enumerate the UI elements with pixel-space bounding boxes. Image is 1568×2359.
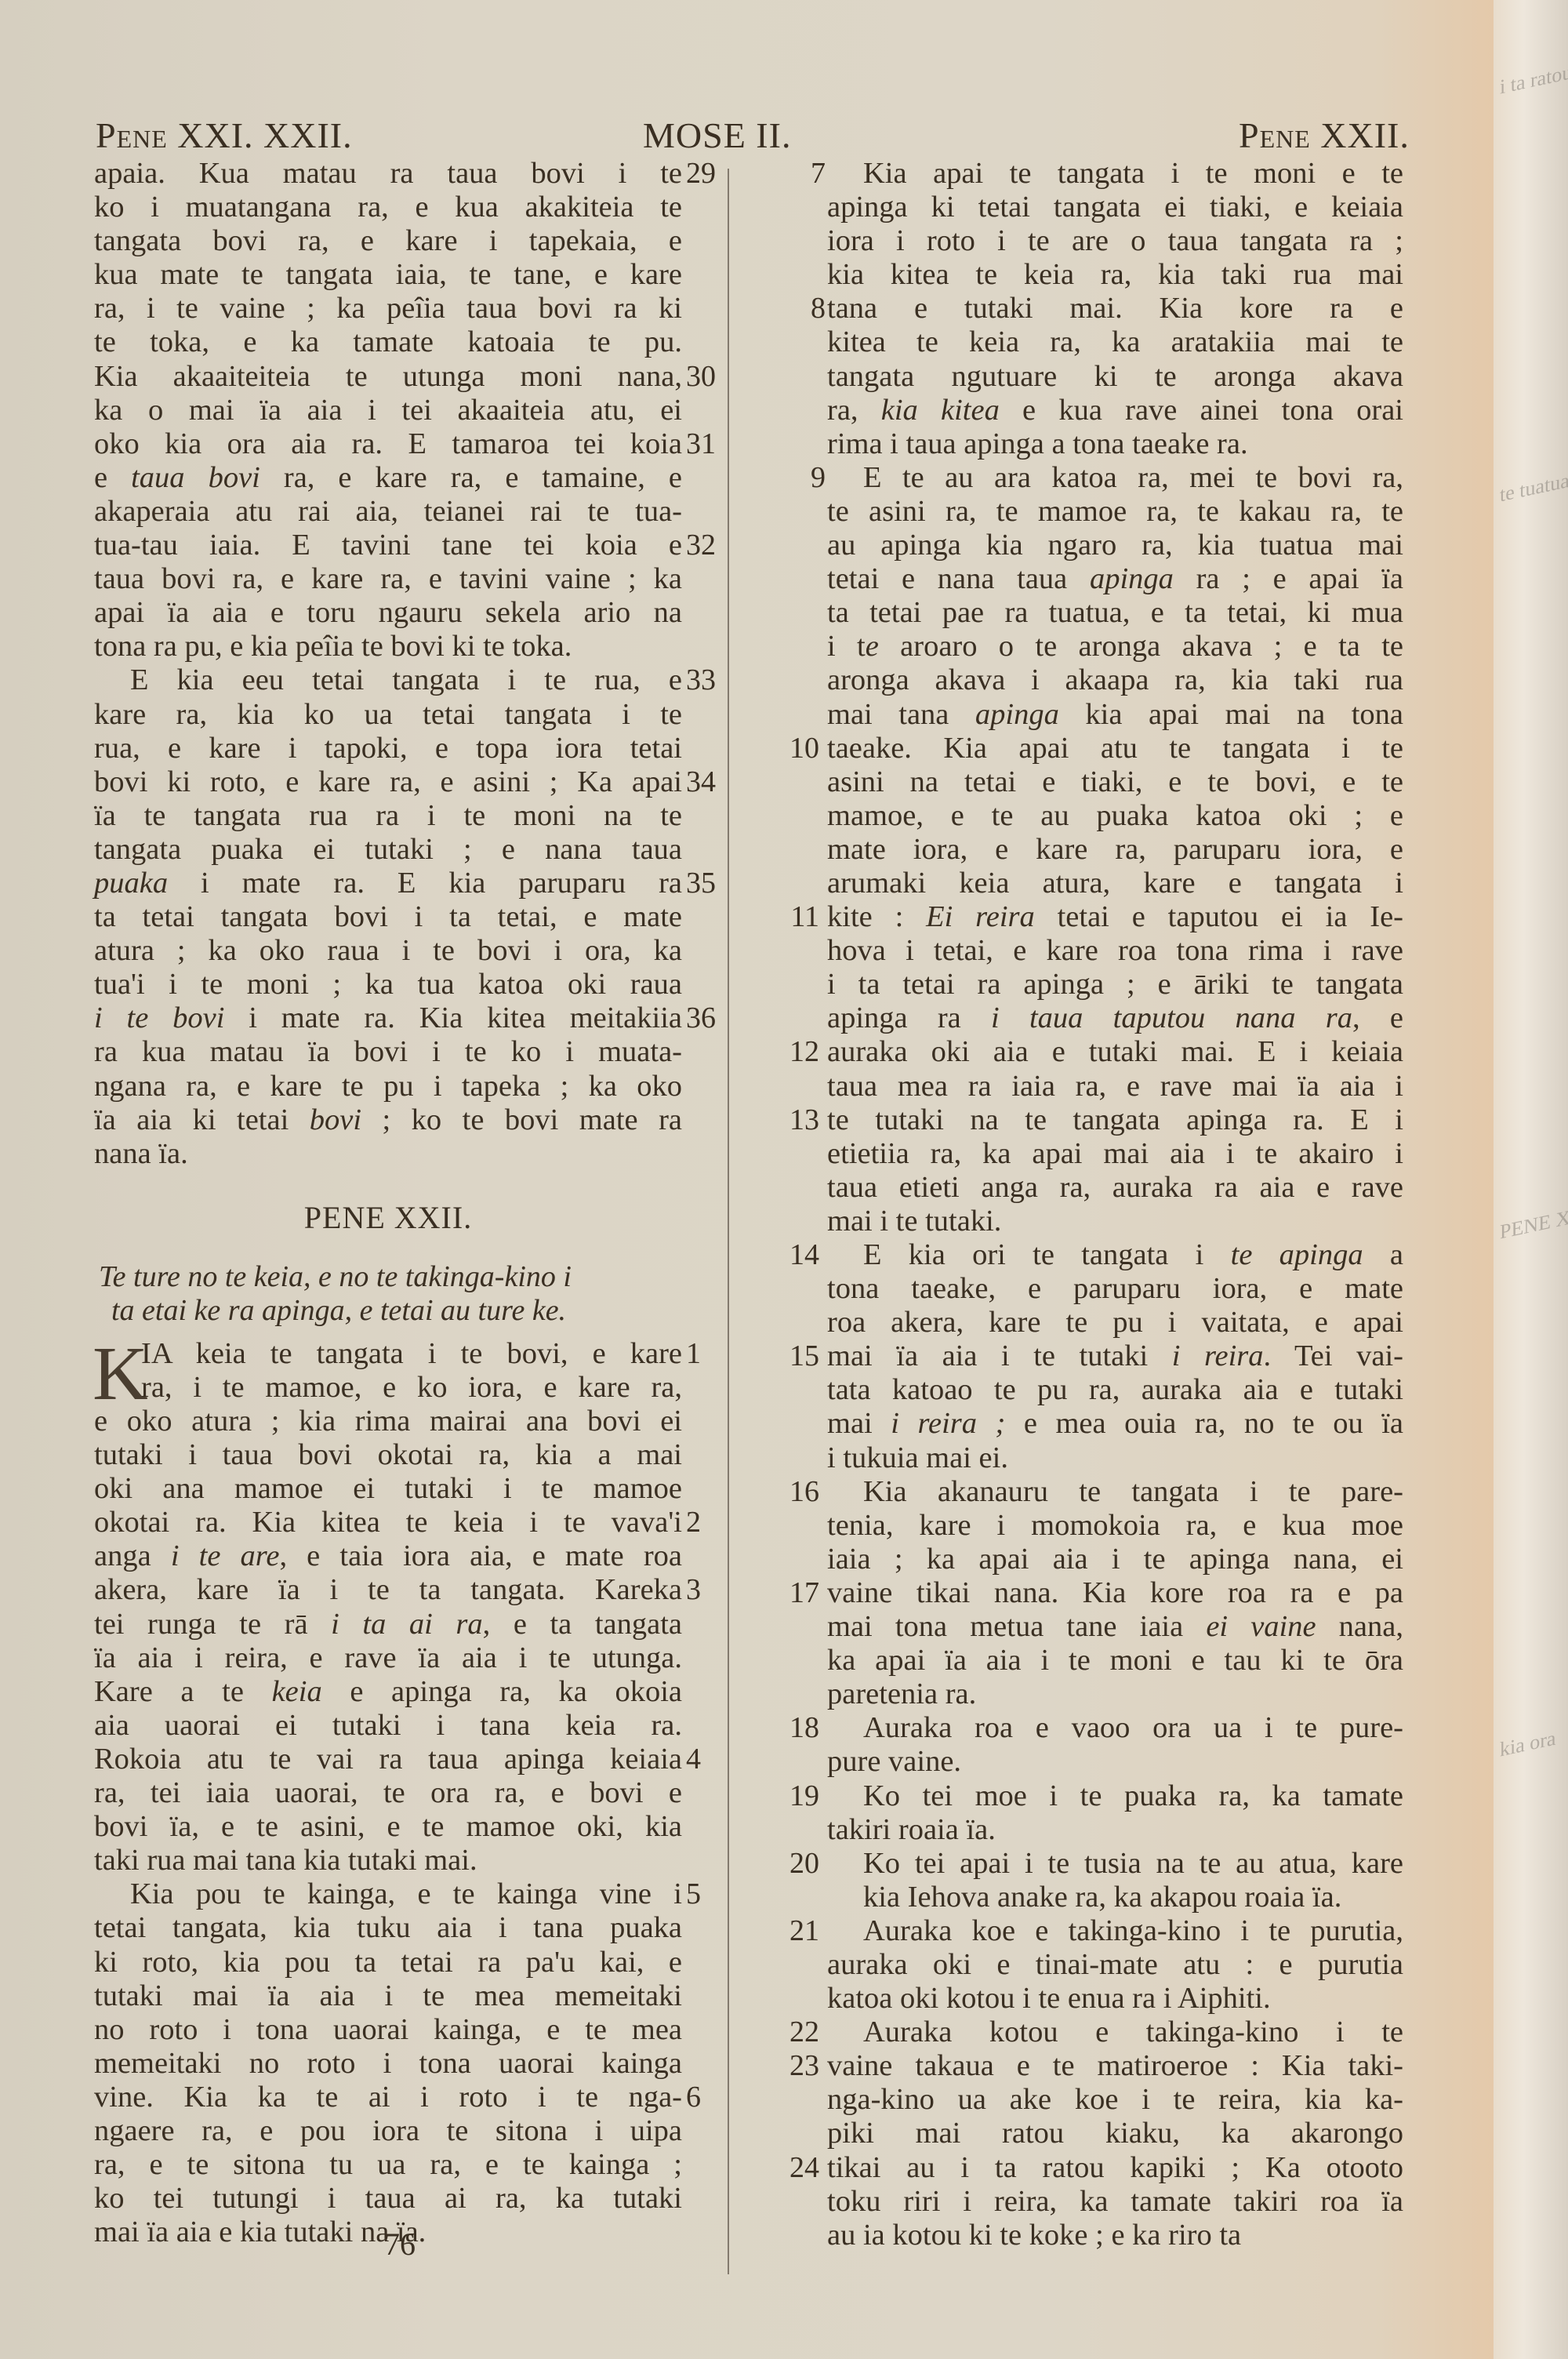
verse-number: 1 xyxy=(686,1337,701,1371)
text-line: aia uaorai ei tutaki i tana keia ra. xyxy=(94,1709,713,1743)
text-line: Kia akaaiteiteia te utunga moni nana,30 xyxy=(94,360,713,394)
line-text: Ko tei apai i te tusia na te au atua, ka… xyxy=(827,1847,1403,1881)
left-column: apaia. Kua matau ra taua bovi i te29ko i… xyxy=(94,157,713,2249)
text-line: rua, e kare i tapoki, e topa iora tetai xyxy=(94,732,713,765)
line-text: okotai ra. Kia kitea te keia i te vava'i xyxy=(94,1506,682,1539)
line-text: Auraka roa e vaoo ora ua i te pure- xyxy=(827,1711,1403,1745)
facing-page-edge: i ta ratou te tuatua PENE XXII kia ora xyxy=(1494,0,1568,2359)
text-line: tona taeake, e paruparu iora, e mate xyxy=(780,1272,1360,1306)
line-text: akaperaia atu rai aia, teianei rai te tu… xyxy=(94,495,682,529)
verse-number: 9 xyxy=(763,461,826,495)
italic-emphasis: i reira ; xyxy=(891,1407,1005,1440)
left-column-text-after-chapter: IA keia te tangata i te bovi, e kare1ra,… xyxy=(94,1337,713,2250)
line-text: ra, kia kitea e kua rave ainei tona orai xyxy=(827,394,1403,427)
verse-number: 11 xyxy=(757,900,819,934)
line-text: taua etieti anga ra, auraka ra aia e rav… xyxy=(827,1171,1403,1205)
line-text: Kia akanauru te tangata i te pare- xyxy=(827,1475,1403,1509)
line-text: oki ana mamoe ei tutaki i te mamoe xyxy=(94,1472,682,1506)
verse-number: 35 xyxy=(686,867,716,900)
line-text: kite : Ei reira tetai e taputou ei ia Ie… xyxy=(827,900,1403,934)
line-text: ko i muatangana ra, e kua akakiteia te xyxy=(94,191,682,224)
facing-page-bleed-text: te tuatua xyxy=(1500,463,1568,512)
line-text: apinga ra i taua taputou nana ra, e xyxy=(827,1001,1403,1035)
text-line: tikai au i ta ratou kapiki ; Ka otooto24 xyxy=(780,2151,1360,2185)
line-text: memeitaki no roto i tona uaorai kainga xyxy=(94,2047,682,2081)
line-text: Rokoia atu te vai ra taua apinga keiaia xyxy=(94,1743,682,1776)
line-text: kia kitea te keia ra, kia taki rua mai xyxy=(827,258,1403,292)
text-line: puaka i mate ra. E kia paruparu ra35 xyxy=(94,867,713,900)
text-line: vine. Kia ka te ai i roto i te nga-6 xyxy=(94,2081,713,2114)
verse-number: 30 xyxy=(686,360,716,394)
text-line: no roto i tona uaorai kainga, e te mea xyxy=(94,2013,713,2047)
italic-emphasis: taua bovi xyxy=(131,461,260,494)
chapter-opening: K IA keia te tangata i te bovi, e kare1r… xyxy=(94,1337,713,2250)
text-line: katoa oki kotou i te enua ra i Aiphiti. xyxy=(780,1982,1360,2016)
text-line: Ko tei moe i te puaka ra, ka tamate19 xyxy=(780,1779,1360,1813)
text-line: Rokoia atu te vai ra taua apinga keiaia4 xyxy=(94,1743,713,1776)
facing-page-bleed-text: i ta ratou xyxy=(1500,55,1568,104)
text-line: ra, tei iaia uaorai, te ora ra, e bovi e xyxy=(94,1776,713,1810)
line-text: au apinga kia ngaro ra, kia tuatua mai xyxy=(827,529,1403,562)
line-text: au ia kotou ki te koke ; e ka riro ta xyxy=(827,2219,1403,2252)
line-text: akera, kare ïa i te ta tangata. Kareka xyxy=(94,1573,682,1607)
italic-emphasis: ei vaine xyxy=(1206,1610,1316,1643)
text-line: tata katoao te pu ra, auraka aia e tutak… xyxy=(780,1373,1360,1407)
text-line: tangata ngutuare ki te aronga akava xyxy=(780,360,1360,394)
italic-emphasis: i te are xyxy=(171,1539,280,1572)
line-text: apaia. Kua matau ra taua bovi i te xyxy=(94,157,682,191)
running-head-center: MOSE II. xyxy=(643,114,791,156)
text-line: tei runga te rā i ta ai ra, e ta tangata xyxy=(94,1608,713,1641)
line-text: ra, e te sitona tu ua ra, e te kainga ; xyxy=(94,2148,682,2182)
text-line: vaine tikai nana. Kia kore roa ra e pa17 xyxy=(780,1576,1360,1610)
text-line: tua'i i te moni ; ka tua katoa oki raua xyxy=(94,968,713,1001)
right-column-text: Kia apai te tangata i te moni e te7aping… xyxy=(780,157,1360,2252)
verse-number: 8 xyxy=(763,292,826,325)
text-line: ko i muatangana ra, e kua akakiteia te xyxy=(94,191,713,224)
line-text: mai tana apinga kia apai mai na tona xyxy=(827,698,1403,732)
verse-number: 18 xyxy=(757,1711,819,1745)
line-text: aronga akava i akaapa ra, kia taki rua xyxy=(827,663,1403,697)
text-line: Kia apai te tangata i te moni e te7 xyxy=(780,157,1360,191)
text-line: ra kua matau ïa bovi i te ko i muata- xyxy=(94,1035,713,1069)
line-text: i ta tetai ra apinga ; e āriki te tangat… xyxy=(827,968,1403,1001)
verse-number: 10 xyxy=(757,732,819,765)
text-line: tana e tutaki mai. Kia kore ra e8 xyxy=(780,292,1360,325)
line-text: ta tetai tangata bovi i ta tetai, e mate xyxy=(94,900,682,934)
line-text: taua bovi ra, e kare ra, e tavini vaine … xyxy=(94,562,682,596)
verse-number: 23 xyxy=(757,2049,819,2083)
line-text: tutaki mai ïa aia i te mea memeitaki xyxy=(94,1979,682,2013)
line-text: piki mai ratou kiaku, ka akarongo xyxy=(827,2117,1403,2150)
text-line: Auraka kotou e takinga-kino i te22 xyxy=(780,2016,1360,2049)
text-line: akera, kare ïa i te ta tangata. Kareka3 xyxy=(94,1573,713,1607)
line-text: ra, i te vaine ; ka peîia taua bovi ra k… xyxy=(94,292,682,325)
text-line: kite : Ei reira tetai e taputou ei ia Ie… xyxy=(780,900,1360,934)
verse-number: 2 xyxy=(686,1506,701,1539)
text-line: ta tetai tangata bovi i ta tetai, e mate xyxy=(94,900,713,934)
line-text: taeake. Kia apai atu te tangata i te xyxy=(827,732,1403,765)
line-text: oko kia ora aia ra. E tamaroa tei koia xyxy=(94,427,682,461)
line-text: vaine takaua e te matiroeroe : Kia taki- xyxy=(827,2049,1403,2083)
facing-page-bleed-text: PENE XXII xyxy=(1500,1200,1568,1249)
text-line: piki mai ratou kiaku, ka akarongo xyxy=(780,2117,1360,2150)
text-line: iora i roto i te are o taua tangata ra ; xyxy=(780,224,1360,258)
text-line: i ta tetai ra apinga ; e āriki te tangat… xyxy=(780,968,1360,1001)
line-text: paretenia ra. xyxy=(827,1677,1403,1711)
verse-number: 16 xyxy=(757,1475,819,1509)
left-column-text-before-chapter: apaia. Kua matau ra taua bovi i te29ko i… xyxy=(94,157,713,1171)
text-line: ka apai ïa aia i te moni e tau ki te ōra xyxy=(780,1644,1360,1677)
text-line: ïa aia ki tetai bovi ; ko te bovi mate r… xyxy=(94,1103,713,1137)
line-text: ra kua matau ïa bovi i te ko i muata- xyxy=(94,1035,682,1069)
italic-emphasis: puaka xyxy=(94,867,168,900)
line-text: tikai au i ta ratou kapiki ; Ka otooto xyxy=(827,2151,1403,2185)
line-text: rua, e kare i tapoki, e topa iora tetai xyxy=(94,732,682,765)
book-page: Pene XXI. XXII. MOSE II. Pene XXII. apai… xyxy=(0,0,1494,2359)
text-line: ra, i te mamoe, e ko iora, e kare ra, xyxy=(94,1371,713,1405)
line-text: Kare a te keia e apinga ra, ka okoia xyxy=(94,1675,682,1709)
line-text: tua-tau iaia. E tavini tane tei koia e xyxy=(94,529,682,562)
line-text: roa akera, kare te pu i vaitata, e apai xyxy=(827,1306,1403,1339)
line-text: apai ïa aia e toru ngauru sekela ario na xyxy=(94,596,682,630)
line-text: Kia pou te kainga, e te kainga vine i xyxy=(94,1877,682,1911)
running-head-left: Pene XXI. XXII. xyxy=(96,114,353,156)
text-line: ta tetai pae ra tuatua, e ta tetai, ki m… xyxy=(780,596,1360,630)
line-text: ïa aia i reira, e rave ïa aia i te utung… xyxy=(94,1641,682,1675)
verse-number: 3 xyxy=(686,1573,701,1607)
italic-emphasis: apinga xyxy=(975,698,1059,731)
text-line: kia Iehova anake ra, ka akapou roaia ïa. xyxy=(780,1881,1360,1914)
verse-number: 13 xyxy=(757,1103,819,1137)
text-line: oki ana mamoe ei tutaki i te mamoe xyxy=(94,1472,713,1506)
line-text: tenia, kare i momokoia ra, e kua moe xyxy=(827,1509,1403,1543)
line-text: mamoe, e te au puaka katoa oki ; e xyxy=(827,799,1403,833)
text-line: taua bovi ra, e kare ra, e tavini vaine … xyxy=(94,562,713,596)
text-line: etietiia ra, ka apai mai aia i te akairo… xyxy=(780,1137,1360,1171)
text-line: tenia, kare i momokoia ra, e kua moe xyxy=(780,1509,1360,1543)
line-text: ka apai ïa aia i te moni e tau ki te ōra xyxy=(827,1644,1403,1677)
text-line: roa akera, kare te pu i vaitata, e apai xyxy=(780,1306,1360,1339)
line-text: i tukuia mai ei. xyxy=(827,1441,1403,1475)
line-text: ngaere ra, e pou iora te sitona i uipa xyxy=(94,2114,682,2148)
verse-number: 29 xyxy=(686,157,716,191)
line-text: auraka oki aia e tutaki mai. E i keiaia xyxy=(827,1035,1403,1069)
text-line: nana ïa. xyxy=(94,1137,713,1171)
line-text: auraka oki e tinai-mate atu : e purutia xyxy=(827,1948,1403,1982)
text-line: rima i taua apinga a tona taeake ra. xyxy=(780,427,1360,461)
text-line: ko tei tutungi i taua ai ra, ka tutaki xyxy=(94,2182,713,2215)
text-line: anga i te are, e taia iora aia, e mate r… xyxy=(94,1539,713,1573)
line-text: nga-kino ua ake koe i te reira, kia ka- xyxy=(827,2083,1403,2117)
line-text: ta tetai pae ra tuatua, e ta tetai, ki m… xyxy=(827,596,1403,630)
text-line: ngaere ra, e pou iora te sitona i uipa xyxy=(94,2114,713,2148)
text-line: mai ïa aia i te tutaki i reira. Tei vai-… xyxy=(780,1339,1360,1373)
line-text: anga i te are, e taia iora aia, e mate r… xyxy=(94,1539,682,1573)
line-text: ra, tei iaia uaorai, te ora ra, e bovi e xyxy=(94,1776,682,1810)
line-text: vaine tikai nana. Kia kore roa ra e pa xyxy=(827,1576,1403,1610)
line-text: Kia apai te tangata i te moni e te xyxy=(827,157,1403,191)
text-line: paretenia ra. xyxy=(780,1677,1360,1711)
line-text: E kia eeu tetai tangata i te rua, e xyxy=(94,663,682,697)
right-column: Kia apai te tangata i te moni e te7aping… xyxy=(780,157,1360,2252)
italic-emphasis: keia xyxy=(272,1675,322,1708)
line-text: tangata bovi ra, e kare i tapekaia, e xyxy=(94,224,682,258)
text-line: pure vaine. xyxy=(780,1745,1360,1779)
italic-emphasis: i reira xyxy=(1172,1339,1264,1372)
line-text: tetai tangata, kia tuku aia i tana puaka xyxy=(94,1911,682,1945)
line-text: tona taeake, e paruparu iora, e mate xyxy=(827,1272,1403,1306)
line-text: mate iora, e kare ra, paruparu iora, e xyxy=(827,833,1403,867)
italic-emphasis: i ta ai ra xyxy=(331,1608,483,1641)
line-text: taua mea ra iaia ra, e rave mai ïa aia i xyxy=(827,1070,1403,1103)
verse-number: 14 xyxy=(757,1238,819,1272)
text-line: Ko tei apai i te tusia na te au atua, ka… xyxy=(780,1847,1360,1881)
text-line: ra, kia kitea e kua rave ainei tona orai xyxy=(780,394,1360,427)
line-text: aia uaorai ei tutaki i tana keia ra. xyxy=(94,1709,682,1743)
text-line: apaia. Kua matau ra taua bovi i te29 xyxy=(94,157,713,191)
text-line: ra, e te sitona tu ua ra, e te kainga ; xyxy=(94,2148,713,2182)
line-text: ka o mai ïa aia i tei akaaiteia atu, ei xyxy=(94,394,682,427)
line-text: ra, i te mamoe, e ko iora, e kare ra, xyxy=(94,1371,682,1405)
chapter-summary-line: Te ture no te keia, e no te takinga-kino… xyxy=(94,1260,682,1294)
line-text: te tutaki na te tangata apinga ra. E i xyxy=(827,1103,1403,1137)
text-line: i tukuia mai ei. xyxy=(780,1441,1360,1475)
italic-emphasis: bovi xyxy=(310,1103,361,1136)
line-text: Auraka koe e takinga-kino i te purutia, xyxy=(827,1914,1403,1948)
column-divider-rule xyxy=(728,169,729,2274)
line-text: katoa oki kotou i te enua ra i Aiphiti. xyxy=(827,1982,1403,2016)
verse-number: 12 xyxy=(757,1035,819,1069)
text-line: auraka oki aia e tutaki mai. E i keiaia1… xyxy=(780,1035,1360,1069)
text-line: Auraka koe e takinga-kino i te purutia,2… xyxy=(780,1914,1360,1948)
text-line: bovi ïa, e te asini, e te mamoe oki, kia xyxy=(94,1810,713,1844)
text-line: i te aroaro o te aronga akava ; e ta te xyxy=(780,630,1360,663)
verse-number: 24 xyxy=(757,2151,819,2185)
text-line: mai tona metua tane iaia ei vaine nana, xyxy=(780,1610,1360,1644)
line-text: kitea te keia ra, ka aratakiia mai te xyxy=(827,325,1403,359)
line-text: i te aroaro o te aronga akava ; e ta te xyxy=(827,630,1403,663)
line-text: E te au ara katoa ra, mei te bovi ra, xyxy=(827,461,1403,495)
text-line: taua etieti anga ra, auraka ra aia e rav… xyxy=(780,1171,1360,1205)
verse-number: 7 xyxy=(763,157,826,191)
page-number: 76 xyxy=(384,2226,416,2263)
line-text: tua'i i te moni ; ka tua katoa oki raua xyxy=(94,968,682,1001)
text-line: memeitaki no roto i tona uaorai kainga xyxy=(94,2047,713,2081)
verse-number: 6 xyxy=(686,2081,701,2114)
chapter-summary-line: ta etai ke ra apinga, e tetai au ture ke… xyxy=(94,1294,682,1328)
line-text: ïa te tangata rua ra i te moni na te xyxy=(94,799,682,833)
line-text: Ko tei moe i te puaka ra, ka tamate xyxy=(827,1779,1403,1813)
line-text: apinga ki tetai tangata ei tiaki, e keia… xyxy=(827,191,1403,224)
line-text: kare ra, kia ko ua tetai tangata i te xyxy=(94,698,682,732)
text-line: i te bovi i mate ra. Kia kitea meitakiia… xyxy=(94,1001,713,1035)
text-line: apinga ra i taua taputou nana ra, e xyxy=(780,1001,1360,1035)
text-line: takiri roaia ïa. xyxy=(780,1813,1360,1847)
text-line: akaperaia atu rai aia, teianei rai te tu… xyxy=(94,495,713,529)
text-line: te toka, e ka tamate katoaia te pu. xyxy=(94,325,713,359)
verse-number: 34 xyxy=(686,765,716,799)
verse-number: 36 xyxy=(686,1001,716,1035)
line-text: mai i reira ; e mea ouia ra, no te ou ïa xyxy=(827,1407,1403,1441)
text-line: ïa aia i reira, e rave ïa aia i te utung… xyxy=(94,1641,713,1675)
verse-number: 17 xyxy=(757,1576,819,1610)
text-line: e oko atura ; kia rima mairai ana bovi e… xyxy=(94,1405,713,1438)
line-text: bovi ki roto, e kare ra, e asini ; Ka ap… xyxy=(94,765,682,799)
verse-number: 31 xyxy=(686,427,716,461)
text-line: Kare a te keia e apinga ra, ka okoia xyxy=(94,1675,713,1709)
line-text: i te bovi i mate ra. Kia kitea meitakiia xyxy=(94,1001,682,1035)
text-line: okotai ra. Kia kitea te keia i te vava'i… xyxy=(94,1506,713,1539)
chapter-title: PENE XXII. xyxy=(94,1201,682,1240)
text-line: taki rua mai tana kia tutaki mai. xyxy=(94,1844,713,1877)
line-text: tata katoao te pu ra, auraka aia e tutak… xyxy=(827,1373,1403,1407)
text-line: tangata bovi ra, e kare i tapekaia, e xyxy=(94,224,713,258)
text-line: hova i tetai, e kare roa tona rima i rav… xyxy=(780,934,1360,968)
text-line: E kia ori te tangata i te apinga a14 xyxy=(780,1238,1360,1272)
line-text: vine. Kia ka te ai i roto i te nga- xyxy=(94,2081,682,2114)
running-head-right: Pene XXII. xyxy=(1239,114,1410,156)
text-line: tangata puaka ei tutaki ; e nana taua xyxy=(94,833,713,867)
line-text: iaia ; ka apai aia i te apinga nana, ei xyxy=(827,1543,1403,1576)
verse-number: 33 xyxy=(686,663,716,697)
line-text: tetai e nana taua apinga ra ; e apai ïa xyxy=(827,562,1403,596)
verse-number: 32 xyxy=(686,529,716,562)
text-line: IA keia te tangata i te bovi, e kare1 xyxy=(94,1337,713,1371)
text-line: bovi ki roto, e kare ra, e asini ; Ka ap… xyxy=(94,765,713,799)
text-line: ka o mai ïa aia i tei akaaiteia atu, ei xyxy=(94,394,713,427)
text-line: te tutaki na te tangata apinga ra. E i13 xyxy=(780,1103,1360,1137)
verse-number: 15 xyxy=(757,1339,819,1373)
text-line: mamoe, e te au puaka katoa oki ; e xyxy=(780,799,1360,833)
text-line: ngana ra, e kare te pu i tapeka ; ka oko xyxy=(94,1070,713,1103)
text-line: vaine takaua e te matiroeroe : Kia taki-… xyxy=(780,2049,1360,2083)
line-text: atura ; ka oko raua i te bovi i ora, ka xyxy=(94,934,682,968)
text-line: apai ïa aia e toru ngauru sekela ario na xyxy=(94,596,713,630)
text-line: mai tana apinga kia apai mai na tona xyxy=(780,698,1360,732)
verse-number: 4 xyxy=(686,1743,701,1776)
text-line: E te au ara katoa ra, mei te bovi ra,9 xyxy=(780,461,1360,495)
text-line: atura ; ka oko raua i te bovi i ora, ka xyxy=(94,934,713,968)
text-line: E kia eeu tetai tangata i te rua, e33 xyxy=(94,663,713,697)
text-line: taua mea ra iaia ra, e rave mai ïa aia i xyxy=(780,1070,1360,1103)
text-line: ki roto, kia pou ta tetai ra pa'u kai, e xyxy=(94,1946,713,1979)
italic-emphasis: Ei reira xyxy=(926,900,1035,933)
line-text: mai i te tutaki. xyxy=(827,1205,1403,1238)
line-text: arumaki keia atura, kare e tangata i xyxy=(827,867,1403,900)
text-line: nga-kino ua ake koe i te reira, kia ka- xyxy=(780,2083,1360,2117)
line-text: rima i taua apinga a tona taeake ra. xyxy=(827,427,1403,461)
line-text: E kia ori te tangata i te apinga a xyxy=(827,1238,1403,1272)
verse-number: 20 xyxy=(757,1847,819,1881)
text-line: mai i reira ; e mea ouia ra, no te ou ïa xyxy=(780,1407,1360,1441)
chapter-summary: Te ture no te keia, e no te takinga-kino… xyxy=(94,1260,682,1328)
line-text: tana e tutaki mai. Kia kore ra e xyxy=(827,292,1403,325)
italic-emphasis: i te bovi xyxy=(94,1001,224,1034)
text-line: e taua bovi ra, e kare ra, e tamaine, e xyxy=(94,461,713,495)
line-text: ko tei tutungi i taua ai ra, ka tutaki xyxy=(94,2182,682,2215)
line-text: takiri roaia ïa. xyxy=(827,1813,1403,1847)
text-line: arumaki keia atura, kare e tangata i xyxy=(780,867,1360,900)
text-line: tutaki mai ïa aia i te mea memeitaki xyxy=(94,1979,713,2013)
italic-emphasis: te apinga xyxy=(1231,1238,1363,1271)
line-text: IA keia te tangata i te bovi, e kare xyxy=(94,1337,682,1371)
line-text: te toka, e ka tamate katoaia te pu. xyxy=(94,325,682,359)
line-text: e oko atura ; kia rima mairai ana bovi e… xyxy=(94,1405,682,1438)
text-line: au apinga kia ngaro ra, kia tuatua mai xyxy=(780,529,1360,562)
italic-emphasis: kia kitea xyxy=(881,394,1000,427)
text-line: kia kitea te keia ra, kia taki rua mai xyxy=(780,258,1360,292)
line-text: pure vaine. xyxy=(827,1745,1403,1779)
line-text: Kia akaaiteiteia te utunga moni nana, xyxy=(94,360,682,394)
line-text: hova i tetai, e kare roa tona rima i rav… xyxy=(827,934,1403,968)
line-text: nana ïa. xyxy=(94,1137,682,1171)
line-text: iora i roto i te are o taua tangata ra ; xyxy=(827,224,1403,258)
text-line: auraka oki e tinai-mate atu : e purutia xyxy=(780,1948,1360,1982)
text-line: tetai tangata, kia tuku aia i tana puaka xyxy=(94,1911,713,1945)
text-line: asini na tetai e tiaki, e te bovi, e te xyxy=(780,765,1360,799)
line-text: etietiia ra, ka apai mai aia i te akairo… xyxy=(827,1137,1403,1171)
verse-number: 5 xyxy=(686,1877,701,1911)
text-line: Auraka roa e vaoo ora ua i te pure-18 xyxy=(780,1711,1360,1745)
line-text: tangata puaka ei tutaki ; e nana taua xyxy=(94,833,682,867)
text-line: kitea te keia ra, ka aratakiia mai te xyxy=(780,325,1360,359)
line-text: taki rua mai tana kia tutaki mai. xyxy=(94,1844,682,1877)
line-text: te asini ra, te mamoe ra, te kakau ra, t… xyxy=(827,495,1403,529)
text-line: apinga ki tetai tangata ei tiaki, e keia… xyxy=(780,191,1360,224)
text-line: kare ra, kia ko ua tetai tangata i te xyxy=(94,698,713,732)
text-line: te asini ra, te mamoe ra, te kakau ra, t… xyxy=(780,495,1360,529)
text-line: au ia kotou ki te koke ; e ka riro ta xyxy=(780,2219,1360,2252)
text-line: kua mate te tangata iaia, te tane, e kar… xyxy=(94,258,713,292)
line-text: toku riri i reira, ka tamate takiri roa … xyxy=(827,2185,1403,2219)
line-text: asini na tetai e tiaki, e te bovi, e te xyxy=(827,765,1403,799)
line-text: Auraka kotou e takinga-kino i te xyxy=(827,2016,1403,2049)
line-text: kua mate te tangata iaia, te tane, e kar… xyxy=(94,258,682,292)
text-line: iaia ; ka apai aia i te apinga nana, ei xyxy=(780,1543,1360,1576)
line-text: ngana ra, e kare te pu i tapeka ; ka oko xyxy=(94,1070,682,1103)
line-text: kia Iehova anake ra, ka akapou roaia ïa. xyxy=(827,1881,1403,1914)
text-line: ra, i te vaine ; ka peîia taua bovi ra k… xyxy=(94,292,713,325)
text-line: mai i te tutaki. xyxy=(780,1205,1360,1238)
italic-emphasis: apinga xyxy=(1090,562,1174,595)
text-line: ïa te tangata rua ra i te moni na te xyxy=(94,799,713,833)
line-text: ki roto, kia pou ta tetai ra pa'u kai, e xyxy=(94,1946,682,1979)
line-text: mai tona metua tane iaia ei vaine nana, xyxy=(827,1610,1403,1644)
line-text: bovi ïa, e te asini, e te mamoe oki, kia xyxy=(94,1810,682,1844)
line-text: no roto i tona uaorai kainga, e te mea xyxy=(94,2013,682,2047)
line-text: tona ra pu, e kia peîia te bovi ki te to… xyxy=(94,630,682,663)
line-text: ïa aia ki tetai bovi ; ko te bovi mate r… xyxy=(94,1103,682,1137)
text-line: Kia pou te kainga, e te kainga vine i5 xyxy=(94,1877,713,1911)
line-text: tangata ngutuare ki te aronga akava xyxy=(827,360,1403,394)
running-head: Pene XXI. XXII. MOSE II. Pene XXII. xyxy=(0,114,1494,162)
verse-number: 22 xyxy=(757,2016,819,2049)
italic-emphasis: e xyxy=(866,630,879,663)
text-line: taeake. Kia apai atu te tangata i te10 xyxy=(780,732,1360,765)
line-text: mai ïa aia i te tutaki i reira. Tei vai- xyxy=(827,1339,1403,1373)
text-line: oko kia ora aia ra. E tamaroa tei koia31 xyxy=(94,427,713,461)
text-line: toku riri i reira, ka tamate takiri roa … xyxy=(780,2185,1360,2219)
line-text: tutaki i taua bovi okotai ra, kia a mai xyxy=(94,1438,682,1472)
text-line: tetai e nana taua apinga ra ; e apai ïa xyxy=(780,562,1360,596)
line-text: e taua bovi ra, e kare ra, e tamaine, e xyxy=(94,461,682,495)
text-line: aronga akava i akaapa ra, kia taki rua xyxy=(780,663,1360,697)
facing-page-bleed-text: kia ora xyxy=(1500,1717,1568,1767)
text-line: tona ra pu, e kia peîia te bovi ki te to… xyxy=(94,630,713,663)
verse-number: 21 xyxy=(757,1914,819,1948)
italic-emphasis: i taua taputou nana ra xyxy=(991,1001,1352,1034)
